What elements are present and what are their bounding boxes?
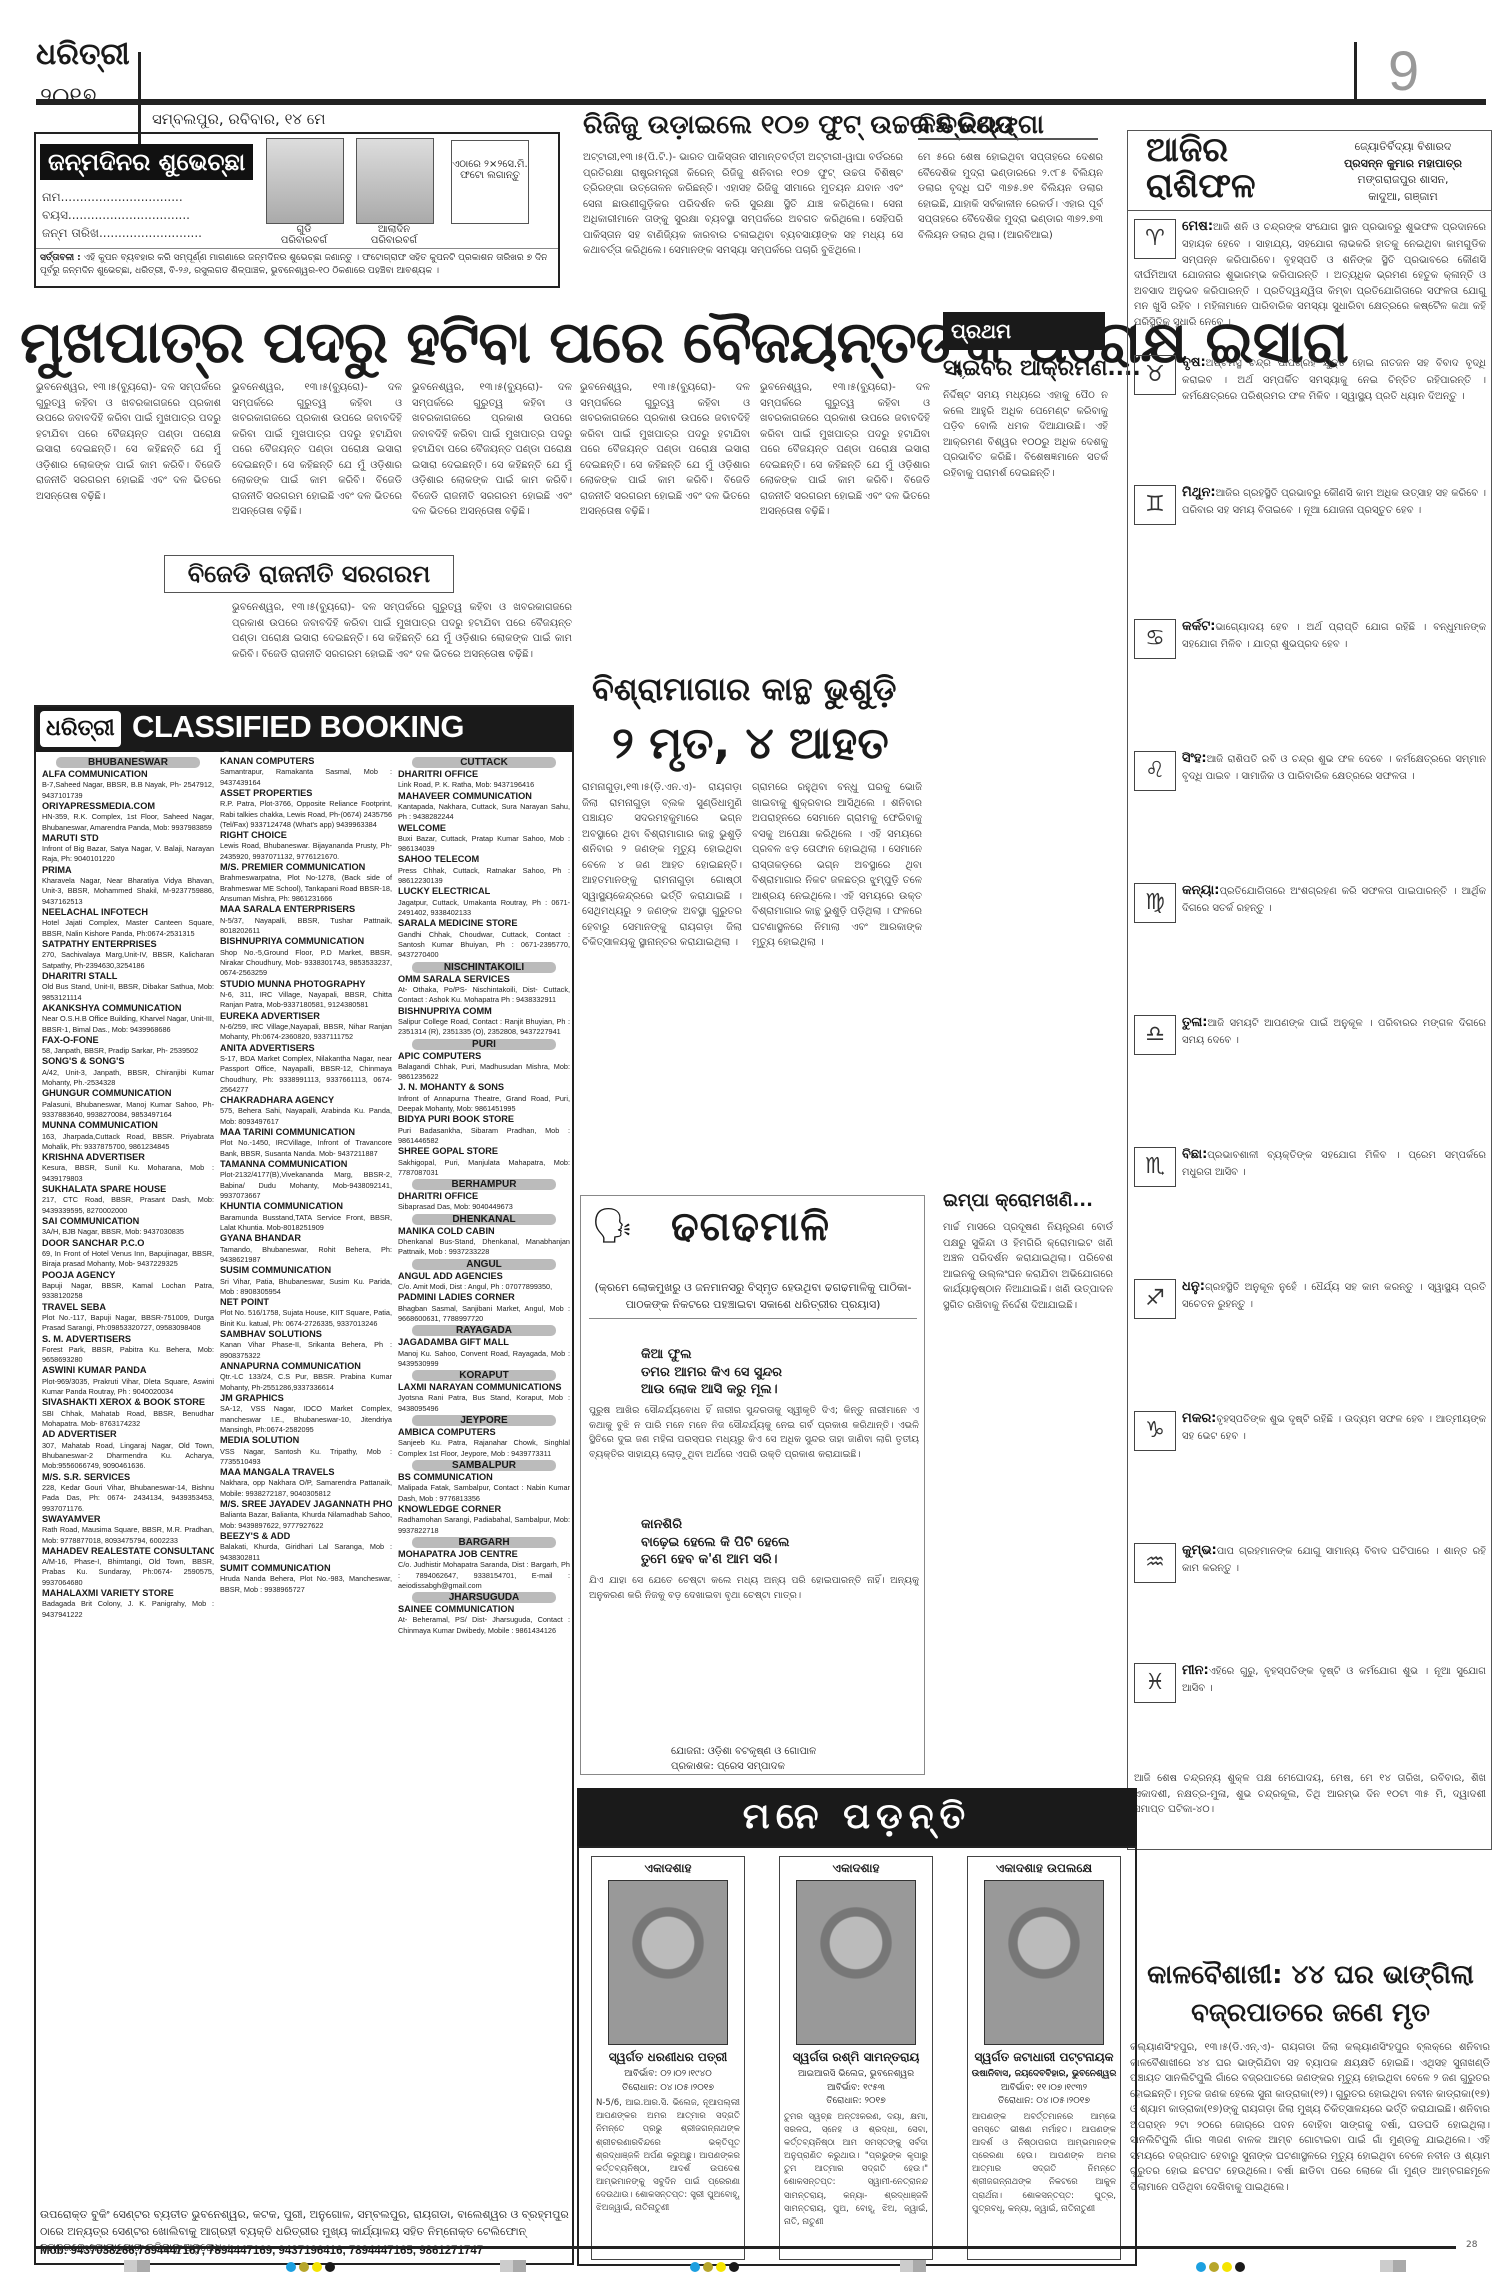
booking-station-address: Sibaprasad Das, Mob: 9040449673	[398, 1202, 570, 1212]
city-label: BHUBANESWAR	[56, 757, 200, 768]
booking-station-address: A/M-16, Phase-I, Bhimtangi, Old Town, BB…	[42, 1557, 214, 1588]
booking-station-address: Sakhigopal, Puri, Manjulata Mahapatra, M…	[398, 1158, 570, 1179]
registration-dot	[325, 2262, 335, 2272]
booking-station-name: SARALA MEDICINE STORE	[398, 918, 570, 929]
scorpio-icon: ♏	[1134, 1147, 1176, 1187]
booking-station-address: Manoj Ku. Sahoo, Convent Road, Rayagada,…	[398, 1349, 570, 1370]
booking-station-address: Kantapada, Nakhara, Cuttack, Sura Naraya…	[398, 802, 570, 823]
lead-body-col2: ଭୁବନେଶ୍ୱର, ୧୩।୫(ବ୍ୟୁରୋ)- ଦଳ ସମ୍ପର୍କରେ ଗୁ…	[232, 380, 402, 550]
booking-station-address: B-7,Saheed Nagar, BBSR, B.B Nayak, Ph- 2…	[42, 780, 214, 801]
obituary-card: ଏକାଦଶାହ ଉପଲକ୍ଷେ ସ୍ୱର୍ଗତ ଜଟାଧାରୀ ପଟ୍ଟନାୟକ…	[967, 1856, 1121, 2260]
booking-station-address: Hotel Jajati Complex, Master Canteen Squ…	[42, 918, 214, 939]
booking-station-address: C/o. Judhistir Mohapatra Saranda, Dist :…	[398, 1560, 570, 1591]
city-label: PURI	[412, 1039, 556, 1050]
booking-station-address: Baramunda Busstand,TATA Service Front, B…	[220, 1213, 392, 1234]
booking-station-name: MOHAPATRA JOB CENTRE	[398, 1549, 570, 1560]
color-registration-dots	[1196, 2262, 1245, 2272]
booking-station-address: Kesura, BBSR, Sunil Ku. Moharana, Mob : …	[42, 1163, 214, 1184]
sagittarius-icon: ♐	[1134, 1279, 1176, 1319]
booking-station-name: CHAKRADHARA AGENCY	[220, 1095, 392, 1106]
lead-body-col3: ଭୁବନେଶ୍ୱର, ୧୩।୫(ବ୍ୟୁରୋ)- ଦଳ ସମ୍ପର୍କରେ ଗୁ…	[412, 380, 572, 550]
booking-station-address: 69, In Front of Hotel Venus Inn, Bapujin…	[42, 1249, 214, 1270]
booking-station-name: WELCOME	[398, 823, 570, 834]
booking-station-name: KRISHNA ADVERTISER	[42, 1152, 214, 1163]
booking-station-name: ASSET PROPERTIES	[220, 788, 392, 799]
rest-house-subheadline: ୨ ମୃତ, ୪ ଆହତ	[612, 718, 889, 769]
booking-station-name: BISHNUPRIYA COMM	[398, 1006, 570, 1017]
booking-station-name: GYANA BHANDAR	[220, 1233, 392, 1244]
facts-heading: କିଛି ତଥ୍ୟ	[918, 110, 1098, 140]
booking-station-name: DOOR SANCHAR P.C.O	[42, 1238, 214, 1249]
booking-station-name: MAA MANGALA TRAVELS	[220, 1467, 392, 1478]
classified-column-3: CUTTACKDHARITRI OFFICELink Road, P. K. R…	[398, 756, 570, 1636]
booking-station-address: Shop No.-5,Ground Floor, P.D Market, BBS…	[220, 948, 392, 979]
proverbs-credit: ଯୋଜନା: ଓଡ଼ିଶା ବଟକୃଷ୍ଣ ଓ ଗୋପାଳପ୍ରକାଶକ: ପ୍…	[671, 1744, 816, 1774]
registration-mark	[500, 2260, 526, 2272]
page-number: 9	[1388, 38, 1419, 103]
pisces-icon: ♓	[1134, 1663, 1176, 1703]
booking-station-address: Jagatpur, Cuttack, Umakanta Routray, Ph …	[398, 898, 570, 919]
booking-station-name: RIGHT CHOICE	[220, 830, 392, 841]
booking-station-address: Palasuni, Bhubaneswar, Manoj Kumar Sahoo…	[42, 1100, 214, 1121]
booking-station-address: Samantrapur, Ramakanta Sasmal, Mob : 943…	[220, 767, 392, 788]
obituary-card: ଏକାଦଶାହ ସ୍ୱର୍ଗତା ରଶ୍ମି ସାମନ୍ତରାୟ ଆଇଆରସି …	[779, 1856, 933, 2260]
classified-booking-stations: ଧରିତ୍ରୀ CLASSIFIED BOOKING STATIONS BHUB…	[34, 705, 574, 2265]
booking-station-name: PADMINI LADIES CORNER	[398, 1292, 570, 1303]
sign-bichha: ♏ବିଛା:ପ୍ରଭାବଶାଳୀ ବ୍ୟକ୍ତିଙ୍କ ସହଯୋଗ ମିଳିବ …	[1134, 1145, 1486, 1189]
booking-station-address: Sri Vihar, Patia, Bhubaneswar, Susim Ku.…	[220, 1277, 392, 1298]
registration-dot	[1196, 2262, 1206, 2272]
booking-station-name: JAGADAMBA GIFT MALL	[398, 1337, 570, 1348]
sign-kanya: ♍କନ୍ୟା:ପ୍ରତିଯୋଗିତାରେ ଅଂଶଗ୍ରହଣ କରି ସଫଳତା …	[1134, 881, 1486, 925]
booking-station-address: Balakati, Khurda, Giridhari Lal Saranga,…	[220, 1542, 392, 1563]
booking-station-address: SBI Chhak, Mahatab Road, BBSR, Benudhar …	[42, 1409, 214, 1430]
booking-station-name: MUNNA COMMUNICATION	[42, 1120, 214, 1131]
booking-station-address: Nakhara, opp Nakhara O/P, Samarendra Pat…	[220, 1478, 392, 1499]
lead-body-cont: ଭୁବନେଶ୍ୱର, ୧୩।୫(ବ୍ୟୁରୋ)- ଦଳ ସମ୍ପର୍କରେ ଗୁ…	[232, 600, 572, 700]
classified-header: ଧରିତ୍ରୀ CLASSIFIED BOOKING STATIONS	[36, 707, 572, 752]
booking-station-name: APIC COMPUTERS	[398, 1051, 570, 1062]
booking-station-name: JM GRAPHICS	[220, 1393, 392, 1404]
booking-station-name: SAMBHAV SOLUTIONS	[220, 1329, 392, 1340]
booking-station-name: KHUNTIA COMMUNICATION	[220, 1201, 392, 1212]
sign-meena: ♓ମୀନ:ଏହିରେ ଗୁରୁ, ବୃହସ୍ପତିଙ୍କ ଦୃଷ୍ଟି ଓ କର…	[1134, 1661, 1486, 1705]
booking-station-name: SONG'S & SONG'S	[42, 1056, 214, 1067]
booking-station-address: Badagada Brit Colony, J. K. Panigrahy, M…	[42, 1599, 214, 1620]
booking-station-address: 228, Kedar Gouri Vihar, Bhubaneswar-14, …	[42, 1483, 214, 1514]
booking-station-address: Hruda Nanda Behera, Plot No.-983, Manche…	[220, 1574, 392, 1595]
booking-station-name: J. N. MOHANTY & SONS	[398, 1082, 570, 1093]
city-label: JHARSUGUDA	[412, 1592, 556, 1603]
horoscope-title: ଆଜିର ରାଶିଫଳ	[1146, 133, 1296, 204]
chromite-body: ମାର୍ଚ୍ଚ ମାସରେ ପ୍ରଦୂଷଣ ନିୟନ୍ତ୍ରଣ ବୋର୍ଡ ପକ…	[943, 1220, 1113, 1780]
booking-station-name: MAA SARALA ENTERPRISERS	[220, 904, 392, 915]
booking-station-name: AKANKSHYA COMMUNICATION	[42, 1003, 214, 1014]
photo-placeholder: ଏଠାରେ ୨×୨ସେ.ମି. ଫଟୋ ଲଗାନ୍ତୁ	[451, 140, 529, 224]
booking-station-name: ORIYAPRESSMEDIA.COM	[42, 801, 214, 812]
booking-station-name: SAHOO TELECOM	[398, 854, 570, 865]
booking-station-name: MAA TARINI COMMUNICATION	[220, 1127, 392, 1138]
booking-station-name: BISHNUPRIYA COMMUNICATION	[220, 936, 392, 947]
city-label: ANGUL	[412, 1259, 556, 1270]
booking-station-name: DHARITRI OFFICE	[398, 1191, 570, 1202]
booking-station-address: SA-12, VSS Nagar, IDCO Market Complex, m…	[220, 1404, 392, 1435]
booking-station-name: MANIKA COLD CABIN	[398, 1226, 570, 1237]
masthead-dateline: ସମ୍ବଲପୁର, ରବିବାର, ୧୪ ମେ	[152, 110, 326, 128]
proverb-2-explanation: ଯିଏ ଯାହା ସେ ଯେତେ ଚେଷ୍ଟା କଲେ ମଧ୍ୟ ଅନ୍ୟ ପର…	[589, 1574, 919, 1664]
sign-mesha: ♈ମେଷ:ଆଜି ଶନି ଓ ଚନ୍ଦ୍ରଙ୍କ ସଂଯୋଗ ସ୍ଥାନ ପ୍ର…	[1134, 217, 1486, 330]
booking-station-address: Radhamohan Sarangi, Padiabahal, Sambalpu…	[398, 1515, 570, 1536]
horoscope-panel: ଆଜିର ରାଶିଫଳ ଜ୍ୟୋତିର୍ବିଦ୍ୟା ବିଶାରଦ ପ୍ରସନ୍…	[1127, 130, 1492, 1850]
registration-dot	[286, 2262, 296, 2272]
proverb-1-explanation: ପୁରୁଷ ଆଖିର ସୌନ୍ଦର୍ଯ୍ୟବୋଧ ହିଁ ନାରୀର ସୁନ୍ଦ…	[589, 1404, 919, 1494]
aries-icon: ♈	[1134, 219, 1176, 259]
booking-station-name: GHUNGUR COMMUNICATION	[42, 1088, 214, 1099]
city-label: CUTTACK	[412, 757, 556, 768]
proverbs-box: 🗣 ଢଗଢମାଳି (କ୍ରମେ ଲୋକମୁଖରୁ ଓ ଜନମାନସରୁ ବିସ…	[580, 1195, 925, 1775]
booking-station-address: Plot No. 516/1758, Sujata House, KIIT Sq…	[220, 1308, 392, 1329]
city-label: NISCHINTAKOILI	[412, 962, 556, 973]
booking-station-name: NET POINT	[220, 1297, 392, 1308]
booking-station-address: Brahmeswarpatna, Plot No-1278, (Back sid…	[220, 873, 392, 904]
booking-station-name: KNOWLEDGE CORNER	[398, 1504, 570, 1515]
astrologer-credit: ଜ୍ୟୋତିର୍ବିଦ୍ୟା ବିଶାରଦ ପ୍ରସନ୍ନ କୁମାର ମହାପ…	[1318, 139, 1488, 205]
booking-station-address: Qtr.-LC 133/24, C.S Pur, BBSR. Prabina K…	[220, 1372, 392, 1393]
photo-caption: ଆଲାଦିନପରିବାରବର୍ଗ	[354, 224, 434, 246]
print-page-number: 28	[1466, 2240, 1477, 2250]
booking-station-name: M/S. PREMIER COMMUNICATION	[220, 862, 392, 873]
proverb-1: କିଆ ଫୁଲ ତମର ଆମର କିଏ ସେ ସୁନ୍ଦର ଆଉ ଲୋକ ଆସି…	[641, 1346, 782, 1399]
booking-station-address: Link Road, P. K. Ratha, Mob: 9437196416	[398, 780, 570, 790]
registration-dot	[716, 2262, 726, 2272]
remembrance-banner: ମନେ ପଡ଼ନ୍ତି	[577, 1788, 1137, 1846]
proverb-2: କାନଶିରି ବାଢ଼େଇ ହେଲେ କି ପିଟି ହେଲେ ତୁମେ ହେ…	[641, 1516, 789, 1569]
booking-station-address: 217, CTC Road, BBSR, Prasant Dash, Mob: …	[42, 1195, 214, 1216]
booking-station-address: N-6, 311, IRC Village, Nayapali, BBSR, C…	[220, 990, 392, 1011]
booking-station-address: Plot No.-1450, IRCVillage, Infront of Tr…	[220, 1138, 392, 1159]
booking-station-name: MAHALAXMI VARIETY STORE	[42, 1588, 214, 1599]
booking-station-address: C/o. Amit Modi, Dist : Angul, Ph : 07077…	[398, 1282, 570, 1292]
booking-station-address: Plot-969/3035, Prakruti Vihar, Dleta Squ…	[42, 1377, 214, 1398]
booking-station-address: Gandhi Chhak, Choudwar, Cuttack, Contact…	[398, 930, 570, 961]
booking-station-address: Bapuji Nagar, BBSR, Kamal Lochan Patra, …	[42, 1281, 214, 1302]
sign-dhanu: ♐ଧନୁ:ଗ୍ରହସ୍ଥିତି ଅନୁକୂଳ ନୁହେଁ । ଧୈର୍ଯ୍ୟ ସ…	[1134, 1277, 1486, 1321]
remembrance-section: ଏକାଦଶାହ ସ୍ୱର୍ଗତ ଧରଣୀଧର ପତ୍ରୀ ଆବିର୍ଭାବ: ୦…	[577, 1846, 1137, 2266]
registration-dot	[1222, 2262, 1232, 2272]
booking-station-name: MARUTI STD	[42, 833, 214, 844]
booking-station-name: OMM SARALA SERVICES	[398, 974, 570, 985]
obituary-photo	[984, 1880, 1104, 2045]
booking-station-address: A/42, Unit-3, Janpath, BBSR, Chiranjibi …	[42, 1068, 214, 1089]
photo-caption: ଗୁଡିପରିବାରବର୍ଗ	[264, 224, 344, 246]
booking-station-address: Puri Badasankha, Sibaram Pradhan, Mob : …	[398, 1126, 570, 1147]
child-photo	[266, 138, 344, 224]
booking-station-address: R.P. Patra, Plot-3766, Opposite Reliance…	[220, 799, 392, 830]
booking-station-address: 270, Sachivalaya Marg,Unit-IV, BBSR, Kal…	[42, 950, 214, 971]
booking-station-address: Old Bus Stand, Unit-II, BBSR, Dibakar Sa…	[42, 982, 214, 1003]
registration-dot	[1209, 2262, 1219, 2272]
sign-kumbha: ♒କୁମ୍ଭ:ପାପ ଗ୍ରହମାନଙ୍କ ଯୋଗୁ ସାମାନ୍ୟ ବିବାଦ…	[1134, 1541, 1486, 1585]
booking-station-name: LUCKY ELECTRICAL	[398, 886, 570, 897]
proverbs-subtitle: (କ୍ରମେ ଲୋକମୁଖରୁ ଓ ଜନମାନସରୁ ବିସ୍ମୃତ ହେଉଥି…	[589, 1280, 917, 1319]
city-label: KORAPUT	[412, 1370, 556, 1381]
booking-station-name: SWAYAMVER	[42, 1514, 214, 1525]
color-registration-dots	[286, 2262, 335, 2272]
masthead-year: ୨୦୧୭	[40, 82, 97, 110]
booking-station-name: KANAN COMPUTERS	[220, 756, 392, 767]
booking-station-address: Plot-2132/4177(B),Vivekananda Marg, BBSR…	[220, 1170, 392, 1201]
booking-station-name: POOJA AGENCY	[42, 1270, 214, 1281]
city-label: DHENKANAL	[412, 1214, 556, 1225]
booking-station-name: STUDIO MUNNA PHOTOGRAPHY	[220, 979, 392, 990]
booking-station-address: At- Othaka, Po/PS- Nischintakoili, Dist-…	[398, 985, 570, 1006]
booking-station-name: MEDIA SOLUTION	[220, 1435, 392, 1446]
booking-station-name: SUMIT COMMUNICATION	[220, 1563, 392, 1574]
booking-station-name: AMBICA COMPUTERS	[398, 1427, 570, 1438]
booking-station-name: LAXMI NARAYAN COMMUNICATIONS	[398, 1382, 570, 1393]
booking-station-address: At- Beheramal, PS/ Dist- Jharsuguda, Con…	[398, 1615, 570, 1636]
riziju-body: ଅଟ୍ଟାରୀ,୧୩।୫(ପି.ଟି.)- ଭାରତ ପାକିସ୍ତାନ ସୀମ…	[583, 150, 903, 270]
booking-station-name: MAHADEV REALESTATE CONSULTANCY	[42, 1546, 214, 1557]
almanac-footer: ଆଜି ଶେଷ ଚନ୍ଦ୍ରନ୍ୟ ଶୁକ୍ଳ ପକ୍ଷ ମେଘୋଦୟ, ମେଷ…	[1134, 1771, 1486, 1818]
booking-station-name: S. M. ADVERTISERS	[42, 1334, 214, 1345]
storm-headline: କାଳବୈଶାଖୀ: ୪୪ ଘର ଭାଙ୍ଗିଲା	[1128, 1960, 1493, 1991]
registration-mark	[124, 2260, 150, 2272]
booking-station-name: SAINEE COMMUNICATION	[398, 1604, 570, 1615]
page-number-divider	[1354, 42, 1357, 102]
registration-dot	[312, 2262, 322, 2272]
city-label: RAYAGADA	[412, 1325, 556, 1336]
registration-mark	[900, 2260, 926, 2272]
sign-simha: ♌ସିଂହ:ଆଜି ରାଶିପତି ରବି ଓ ଚନ୍ଦ୍ର ଶୁଭ ଫଳ ଦେ…	[1134, 749, 1486, 793]
booking-station-name: SIVASHAKTI XEROX & BOOK STORE	[42, 1397, 214, 1408]
booking-station-name: BS COMMUNICATION	[398, 1472, 570, 1483]
aquarius-icon: ♒	[1134, 1543, 1176, 1583]
cyber-headline: ସାଇବର ଆକ୍ରମଣ....	[943, 356, 1141, 381]
city-label: BARGARH	[412, 1537, 556, 1548]
booking-station-address: 3A/H, BJB Nagar, BBSR, Mob: 9437030835	[42, 1227, 214, 1237]
booking-station-address: Forest Park, BBSR, Pabitra Ku. Behera, M…	[42, 1345, 214, 1366]
sign-brusha: ♉ବୃଷ:ଅଷ୍ଟମସ୍ଥ ଚନ୍ଦ୍ର ପାପଗ୍ରହ ଯୁକ୍ତ ହୋଇ ନ…	[1134, 353, 1486, 404]
color-registration-dots	[690, 2262, 739, 2272]
booking-station-address: 307, Mahatab Road, Lingaraj Nagar, Old T…	[42, 1441, 214, 1472]
birthday-title: ଜନ୍ମଦିନର ଶୁଭେଚ୍ଛା	[40, 144, 253, 180]
sign-makara: ♑ମକର:ବୃହସ୍ପତିଙ୍କ ଶୁଭ ଦୃଷ୍ଟି ରହିଛି । ଉଦ୍ୟ…	[1134, 1409, 1486, 1453]
booking-station-address: 58, Janpath, BBSR, Pradip Sarkar, Ph- 25…	[42, 1046, 214, 1056]
booking-station-address: Balianta Bazar, Balianta, Khurda Nilamad…	[220, 1510, 392, 1531]
virgo-icon: ♍	[1134, 883, 1176, 923]
booking-station-address: 575, Behera Sahi, Nayapalli, Arabinda Ku…	[220, 1106, 392, 1127]
booking-station-name: M/S. SREE JAYADEV JAGANNATH PHOTOSHOP	[220, 1499, 392, 1510]
lead-headline: ମୁଖପାତ୍ର ପଦରୁ ହଟିବା ପରେ ବୈଜୟନ୍ତଙ୍କ ପରୋକ୍…	[20, 308, 960, 377]
booking-station-name: M/S. S.R. SERVICES	[42, 1472, 214, 1483]
booking-station-name: SATPATHY ENTERPRISES	[42, 939, 214, 950]
booking-station-address: Near O.S.H.B Office Building, Kharvel Na…	[42, 1014, 214, 1035]
booking-station-name: TRAVEL SEBA	[42, 1302, 214, 1313]
storm-body: କଲ୍ୟାଣସିଂହପୁର, ୧୩।୫(ଡି.ଏନ୍.ଏ)- ରାୟଗଡା ଜି…	[1130, 2040, 1490, 2240]
booking-station-name: SUSIM COMMUNICATION	[220, 1265, 392, 1276]
dob-field: ଜନ୍ମ ତାରିଖ...........................	[42, 226, 202, 241]
obituary-photo	[608, 1880, 728, 2045]
booking-station-name: MAHAVEER COMMUNICATION	[398, 791, 570, 802]
cancer-icon: ♋	[1134, 619, 1176, 659]
birthday-terms: ସର୍ତ୍ତାବଳୀ : ଏହି କୁପନ ବ୍ୟବହାର କରି ସମ୍ପୂର…	[36, 248, 558, 280]
registration-dot	[299, 2262, 309, 2272]
booking-station-name: ASWINI KUMAR PANDA	[42, 1365, 214, 1376]
capricorn-icon: ♑	[1134, 1411, 1176, 1451]
city-label: SAMBALPUR	[412, 1460, 556, 1471]
cartoon-faces-icon: 🗣	[591, 1206, 634, 1246]
obituary-photo	[796, 1880, 916, 2045]
registration-dot	[729, 2262, 739, 2272]
chromite-headline: ଇମ୍ପା କ୍ରୋମଖଣି...	[943, 1190, 1093, 1211]
sign-karkata: ♋କର୍କଟ:ଭାଗ୍ୟୋଦୟ ହେବ । ଅର୍ଥ ପ୍ରାପ୍ତି ଯୋଗ …	[1134, 617, 1486, 661]
birthday-coupon: ଜନ୍ମଦିନର ଶୁଭେଚ୍ଛା ନାମ...................…	[34, 132, 560, 288]
rest-house-body-col2: ଗ୍ରାମରେ ରହୁଥିବା ବନ୍ଧୁ ଘରକୁ ଭୋଜି ଖାଇବାକୁ …	[752, 780, 922, 1180]
proverbs-logo: ଢଗଢମାଳି	[671, 1204, 830, 1250]
registration-dot	[1235, 2262, 1245, 2272]
classified-column-2: KANAN COMPUTERSSamantrapur, Ramakanta Sa…	[220, 756, 392, 1595]
gemini-icon: ♊	[1134, 485, 1176, 525]
classified-column-1: BHUBANESWARALFA COMMUNICATIONB-7,Saheed …	[42, 756, 214, 1620]
booking-station-name: NEELACHAL INFOTECH	[42, 907, 214, 918]
facts-body: ମେ ୫ରେ ଶେଷ ହୋଇଥିବା ସପ୍ତାହରେ ଦେଶର ବୈଦେଶିକ…	[918, 150, 1103, 290]
booking-station-name: TAMANNA COMMUNICATION	[220, 1159, 392, 1170]
booking-station-name: ALFA COMMUNICATION	[42, 769, 214, 780]
booking-station-name: FAX-O-FONE	[42, 1035, 214, 1046]
horoscope-header: ଆଜିର ରାଶିଫଳ ଜ୍ୟୋତିର୍ବିଦ୍ୟା ବିଶାରଦ ପ୍ରସନ୍…	[1128, 131, 1491, 211]
booking-station-name: SHREE GOPAL STORE	[398, 1146, 570, 1157]
booking-station-address: Salipur College Road, Contact : Ranjit B…	[398, 1017, 570, 1038]
booking-station-name: ANITA ADVERTISERS	[220, 1043, 392, 1054]
age-field: ବୟସ................................	[42, 208, 190, 223]
storm-subheadline: ବଜ୍ରପାତରେ ଜଣେ ମୃତ	[1128, 1998, 1493, 2029]
booking-station-address: Lewis Road, Bhubaneswar. Bijayananda Pru…	[220, 841, 392, 862]
lead-subhead: ବିଜେଡି ରାଜନୀତି ସରଗରମ	[164, 555, 454, 593]
booking-station-name: ANGUL ADD AGENCIES	[398, 1271, 570, 1282]
booking-station-name: BEEZY'S & ADD	[220, 1531, 392, 1542]
classified-logo: ଧରିତ୍ରୀ	[40, 711, 121, 747]
booking-station-name: PRIMA	[42, 865, 214, 876]
booking-station-name: EUREKA ADVERTISER	[220, 1011, 392, 1022]
booking-station-address: Dhenkanal Bus-Stand, Dhenkanal, Manabhan…	[398, 1237, 570, 1258]
booking-station-address: Buxi Bazar, Cuttack, Pratap Kumar Sahoo,…	[398, 834, 570, 855]
cyber-body: ନିର୍ଦ୍ଦିଷ୍ଟ ସମୟ ମଧ୍ୟରେ ଏହାକୁ ପୈଠ ନ କଲେ ଆ…	[943, 388, 1108, 1178]
booking-station-address: Bhagban Sasmal, Sanjibani Market, Angul,…	[398, 1304, 570, 1325]
booking-station-address: Infront of Big Bazar, Satya Nagar, V. Ba…	[42, 844, 214, 865]
taurus-icon: ♉	[1134, 355, 1176, 395]
booking-station-name: DHARITRI STALL	[42, 971, 214, 982]
booking-station-address: Sanjeeb Ku. Patra, Rajanahar Chowk, Sing…	[398, 1438, 570, 1459]
rest-house-body-col1: ରାମନାଗୁଡ଼ା,୧୩।୫(ଡ଼ି.ଏନ.ଏ)- ରାୟଗଡ଼ା ଜିଲା …	[582, 780, 742, 1180]
booking-station-address: Tamando, Bhubaneswar, Rohit Behera, Ph: …	[220, 1245, 392, 1266]
booking-station-address: Jyotsna Rani Patra, Bus Stand, Koraput, …	[398, 1393, 570, 1414]
registration-dot	[690, 2262, 700, 2272]
booking-station-address: Kharavela Nagar, Near Bharatiya Vidya Bh…	[42, 876, 214, 907]
booking-station-address: S-17, BDA Market Complex, Nilakantha Nag…	[220, 1054, 392, 1095]
continued-banner: ପ୍ରଥମ ପୃଷ୍ଠାରୁ....	[943, 312, 1105, 350]
registration-dot	[703, 2262, 713, 2272]
booking-station-address: N-6/259, IRC Village,Nayapali, BBSR, Nih…	[220, 1022, 392, 1043]
booking-station-address: VSS Nagar, Santosh Ku. Tripathy, Mob : 7…	[220, 1447, 392, 1468]
booking-station-name: SAI COMMUNICATION	[42, 1216, 214, 1227]
booking-station-address: N-5/37, Nayapalli, BBSR, Tushar Pattnaik…	[220, 916, 392, 937]
booking-station-address: Balagandi Chhak, Puri, Madhusudan Mishra…	[398, 1062, 570, 1083]
leo-icon: ♌	[1134, 751, 1176, 791]
rest-house-headline: ବିଶ୍ରାମାଗାର କାନ୍ଥ ଭୁଶୁଡ଼ି	[592, 670, 896, 709]
booking-station-name: ANNAPURNA COMMUNICATION	[220, 1361, 392, 1372]
adult-photo	[356, 138, 434, 224]
obituary-card: ଏକାଦଶାହ ସ୍ୱର୍ଗତ ଧରଣୀଧର ପତ୍ରୀ ଆବିର୍ଭାବ: ୦…	[591, 1856, 745, 2260]
booking-station-address: Rath Road, Mausima Square, BBSR, M.R. Pr…	[42, 1525, 214, 1546]
booking-station-address: Kanan Vihar Phase-II, Srikanta Behera, P…	[220, 1340, 392, 1361]
lead-body-col1: ଭୁବନେଶ୍ୱର, ୧୩।୫(ବ୍ୟୁରୋ)- ଦଳ ସମ୍ପର୍କରେ ଗୁ…	[36, 380, 221, 700]
booking-station-address: Plot No.-117, Bapuji Nagar, BBSR-751009,…	[42, 1313, 214, 1334]
booking-station-name: SUKHALATA SPARE HOUSE	[42, 1184, 214, 1195]
booking-station-name: DHARITRI OFFICE	[398, 769, 570, 780]
sign-mithuna: ♊ମିଥୁନ:ଆଜିର ଗ୍ରହସ୍ଥିତି ପ୍ରଭାବରୁ କୌଣସି କା…	[1134, 483, 1486, 527]
newspaper-logo: ଧରିତ୍ରୀ	[36, 40, 130, 70]
libra-icon: ♎	[1134, 1015, 1176, 1055]
lead-body-col4: ଭୁବନେଶ୍ୱର, ୧୩।୫(ବ୍ୟୁରୋ)- ଦଳ ସମ୍ପର୍କରେ ଗୁ…	[580, 380, 750, 700]
lead-body-col5: ଭୁବନେଶ୍ୱର, ୧୩।୫(ବ୍ୟୁରୋ)- ଦଳ ସମ୍ପର୍କରେ ଗୁ…	[760, 380, 930, 700]
booking-station-address: Infront of Annapurna Theatre, Grand Road…	[398, 1094, 570, 1115]
city-label: JEYPORE	[412, 1415, 556, 1426]
booking-station-name: AD ADVERTISER	[42, 1429, 214, 1440]
booking-station-address: HN-359, R.K. Complex, 1st Floor, Saheed …	[42, 812, 214, 833]
city-label: BERHAMPUR	[412, 1179, 556, 1190]
booking-station-address: Press Chhak, Cuttack, Ratnakar Sahoo, Ph…	[398, 866, 570, 887]
booking-station-address: Malipada Fatak, Sambalpur, Contact : Nab…	[398, 1483, 570, 1504]
booking-station-name: BIDYA PURI BOOK STORE	[398, 1114, 570, 1125]
footer-rule	[36, 2246, 1456, 2249]
registration-mark	[1380, 2260, 1406, 2272]
name-field: ନାମ................................	[42, 190, 183, 205]
booking-station-address: 163, Jharpada,Cuttack Road, BBSR. Priyab…	[42, 1132, 214, 1153]
masthead-rule	[36, 99, 1486, 105]
sign-tula: ♎ତୁଳା:ଆଜି ସମୟଟି ଆପଣଙ୍କ ପାଇଁ ଅନୁକୂଳ । ପରି…	[1134, 1013, 1486, 1057]
